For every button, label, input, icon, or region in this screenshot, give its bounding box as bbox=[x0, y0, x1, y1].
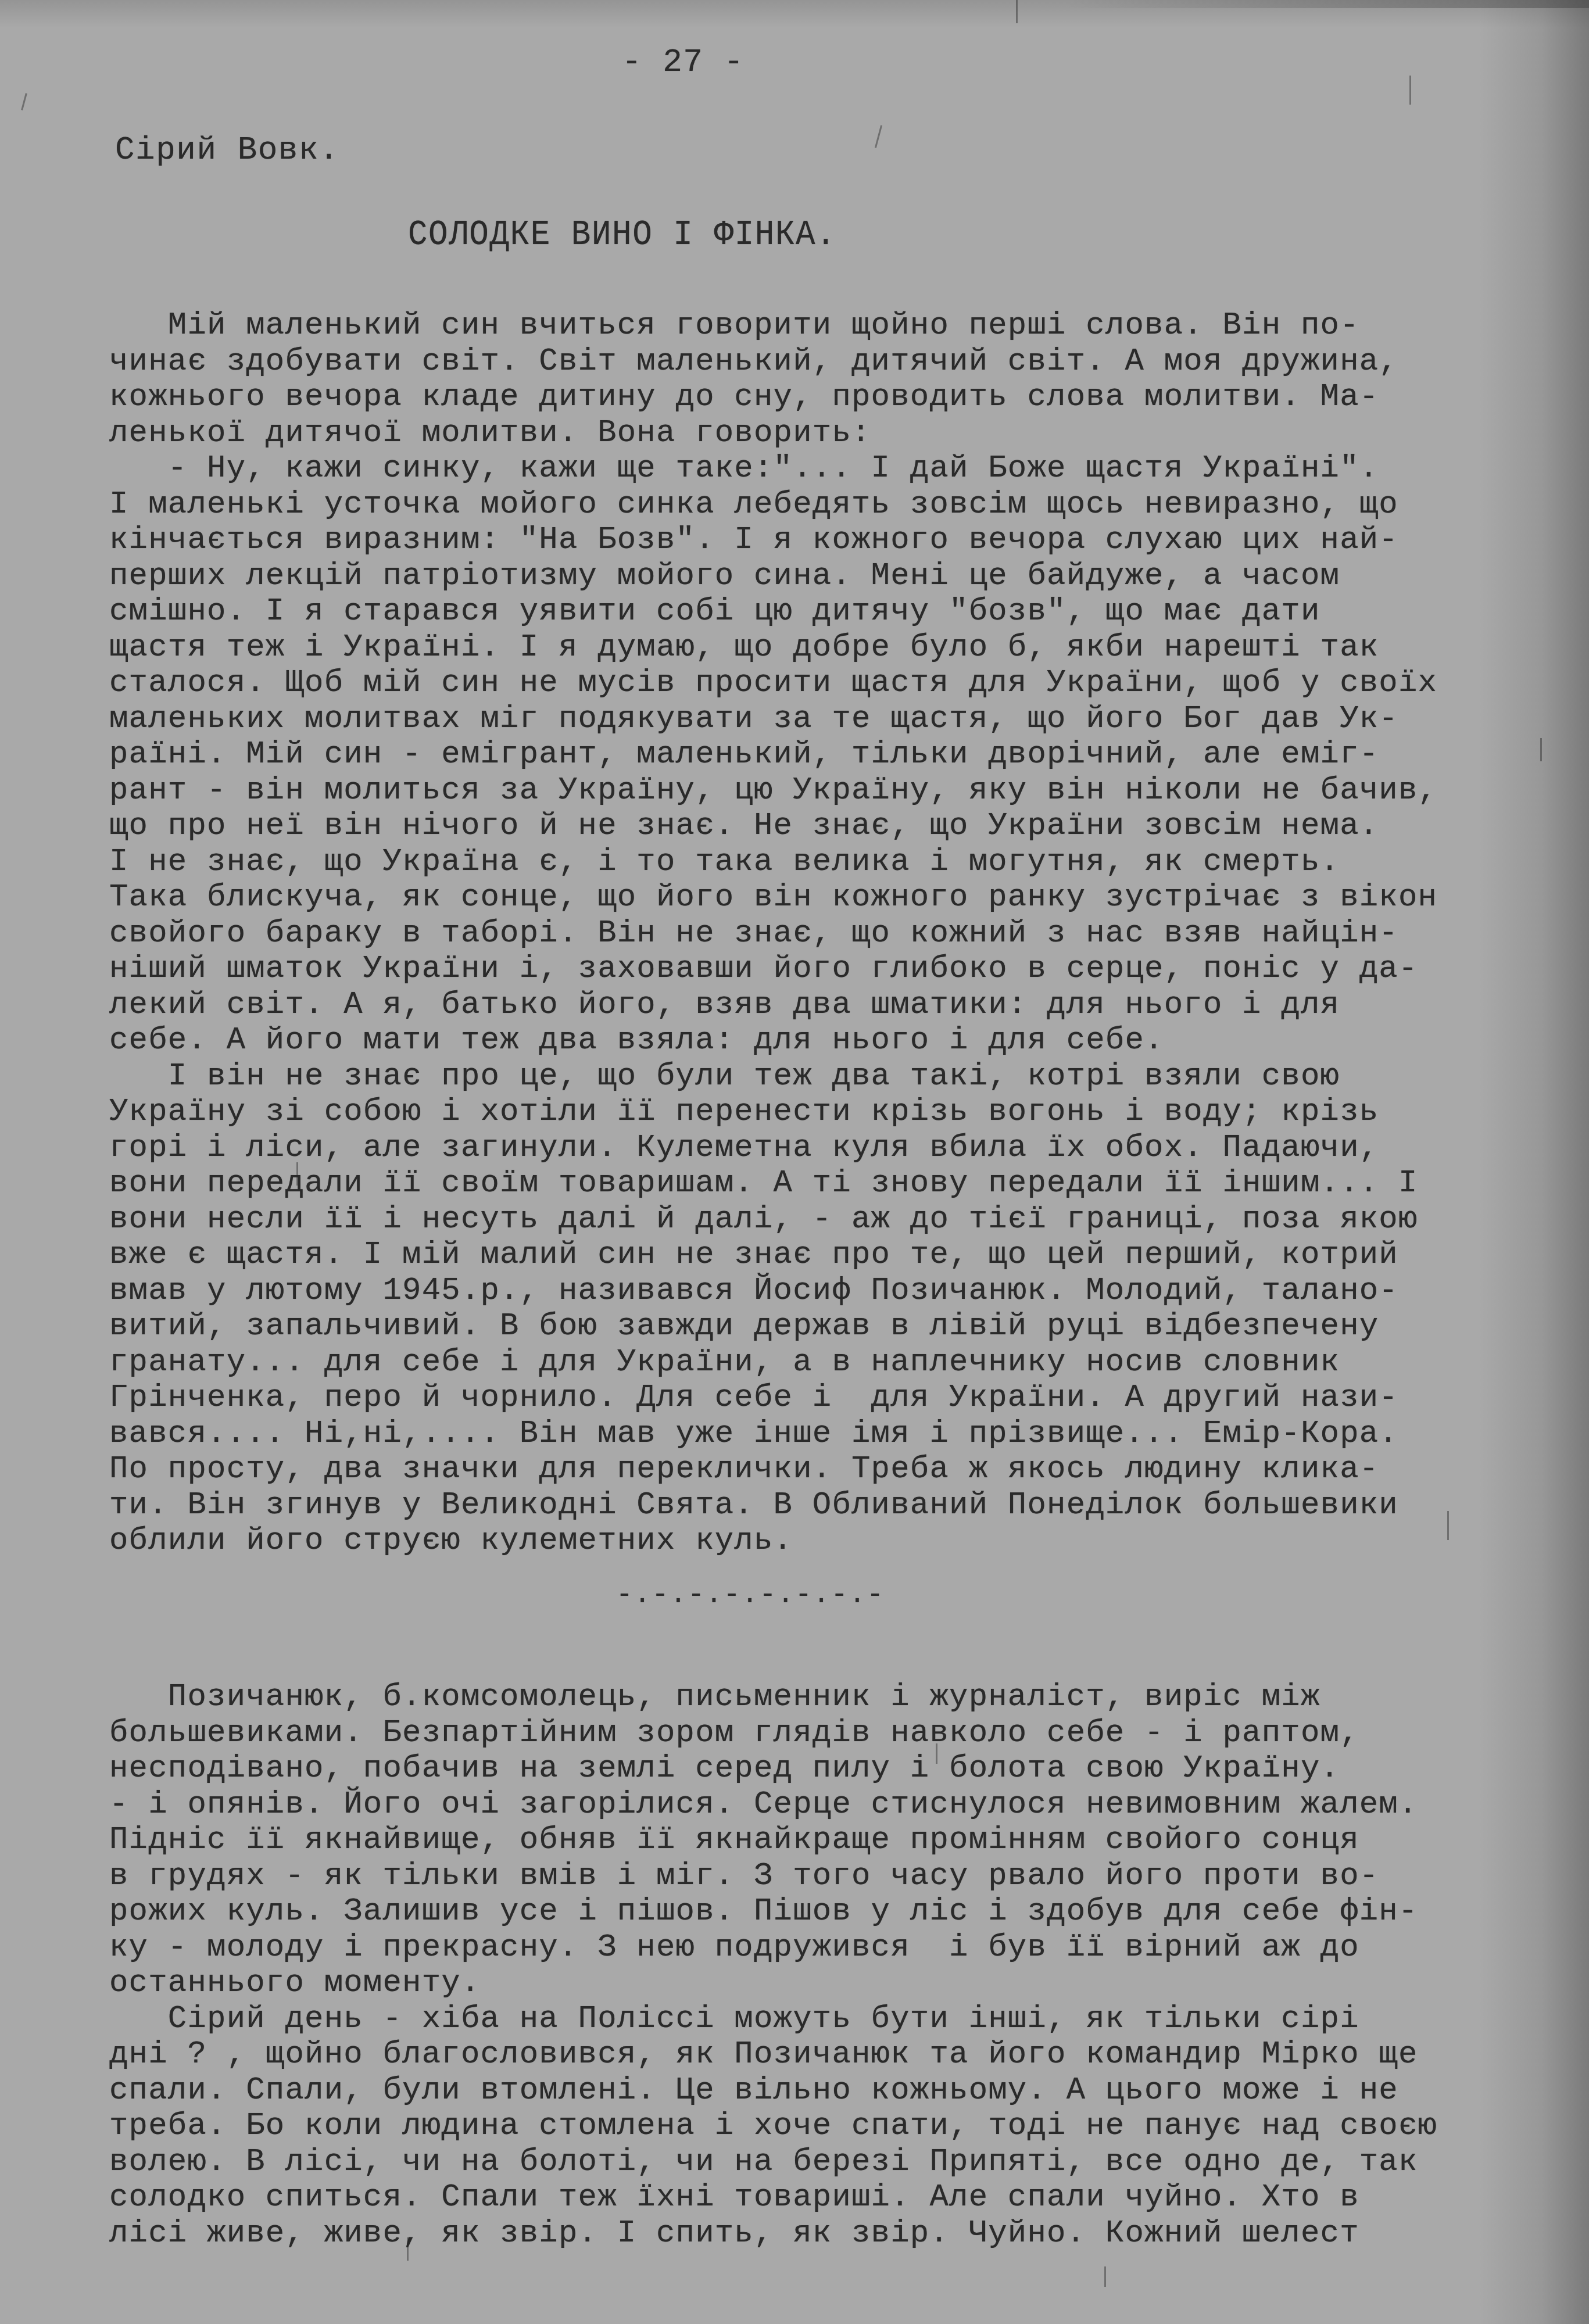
scan-speck bbox=[936, 1743, 937, 1764]
scan-speck bbox=[1409, 76, 1411, 105]
text-line: облили його струєю кулеметних куль. bbox=[109, 1523, 1504, 1559]
text-line: ти. Він згинув у Великодні Свята. В Обли… bbox=[109, 1488, 1504, 1524]
text-line: Мій маленький син вчиться говорити щойно… bbox=[109, 308, 1504, 344]
text-line: в грудях - як тільки вмів і міг. З того … bbox=[109, 1859, 1504, 1895]
text-line: волею. В лісі, чи на болоті, чи на берез… bbox=[109, 2144, 1504, 2180]
text-line: Україну зі собою і хотіли її перенести к… bbox=[109, 1094, 1504, 1130]
scan-speck bbox=[21, 93, 27, 110]
story-section-1: Мій маленький син вчиться говорити щойно… bbox=[109, 308, 1504, 1559]
text-line: вався.... Ні,ні,.... Він мав уже інше ім… bbox=[109, 1416, 1504, 1452]
story-section-2: Позичанюк, б.комсомолець, письменник і ж… bbox=[109, 1680, 1504, 2251]
text-line: чинає здобувати світ. Світ маленький, ди… bbox=[109, 344, 1504, 380]
text-line: Сірий день - хіба на Поліссі можуть бути… bbox=[109, 2001, 1504, 2037]
text-line: гранату... для себе і для України, а в н… bbox=[109, 1345, 1504, 1381]
text-line: ніший шматок України і, заховавши його г… bbox=[109, 951, 1504, 987]
text-line: вмав у лютому 1945.р., називався Йосиф П… bbox=[109, 1273, 1504, 1309]
text-line: треба. Бо коли людина стомлена і хоче сп… bbox=[109, 2108, 1504, 2144]
text-line: раїні. Мій син - емігрант, маленький, ті… bbox=[109, 737, 1504, 773]
text-line: ку - молоду і прекрасну. З нею подруживс… bbox=[109, 1930, 1504, 1966]
text-line: - Ну, кажи синку, кажи ще таке:"... І да… bbox=[109, 451, 1504, 487]
text-line: сталося. Щоб мій син не мусів просити ща… bbox=[109, 665, 1504, 701]
text-line: свойого бараку в таборі. Він не знає, що… bbox=[109, 916, 1504, 952]
text-line: - і опянів. Його очі загорілися. Серце с… bbox=[109, 1787, 1504, 1823]
text-line: І не знає, що Україна є, і то така велик… bbox=[109, 844, 1504, 880]
scan-speck bbox=[1540, 738, 1542, 761]
text-line: маленьких молитвах міг подякувати за те … bbox=[109, 701, 1504, 737]
text-line: несподівано, побачив на землі серед пилу… bbox=[109, 1751, 1504, 1787]
section-separator: -.-.-.-.-.-.-.- bbox=[616, 1580, 885, 1611]
text-line: Грінченка, перо й чорнило. Для себе і дл… bbox=[109, 1380, 1504, 1416]
text-line: рант - він молиться за Україну, цю Украї… bbox=[109, 773, 1504, 809]
text-line: горі і ліси, але загинули. Кулеметна кул… bbox=[109, 1130, 1504, 1166]
scan-speck bbox=[1016, 0, 1018, 23]
text-line: вже є щастя. І мій малий син не знає про… bbox=[109, 1237, 1504, 1273]
text-line: Підніс її якнайвище, обняв її якнайкраще… bbox=[109, 1822, 1504, 1859]
text-line: спали. Спали, були втомлені. Це вільно к… bbox=[109, 2073, 1504, 2109]
text-line: солодко спиться. Спали теж їхні товариші… bbox=[109, 2180, 1504, 2216]
text-line: щастя теж і Україні. І я думаю, що добре… bbox=[109, 630, 1504, 666]
text-line: що про неї він нічого й не знає. Не знає… bbox=[109, 808, 1504, 844]
scan-speck bbox=[407, 2237, 409, 2261]
text-line: І маленькі усточка мойого синка лебедять… bbox=[109, 487, 1504, 523]
text-line: кінчається виразним: "На Бозв". І я кожн… bbox=[109, 522, 1504, 558]
page-edge-shadow bbox=[1066, 0, 1589, 8]
scan-speck bbox=[1447, 1511, 1449, 1540]
text-line: смішно. І я старався уявити собі цю дитя… bbox=[109, 594, 1504, 630]
scan-speck bbox=[1104, 2266, 1106, 2287]
scan-speck bbox=[875, 125, 882, 148]
text-line: По просту, два значки для переклички. Тр… bbox=[109, 1452, 1504, 1488]
text-line: перших лекцій патріотизму мойого сина. М… bbox=[109, 558, 1504, 595]
text-line: витий, запальчивий. В бою завжди держав … bbox=[109, 1309, 1504, 1345]
text-line: Позичанюк, б.комсомолець, письменник і ж… bbox=[109, 1680, 1504, 1716]
scanned-page: - 27 - Сірий Вовк. СОЛОДКЕ ВИНО І ФІНКА.… bbox=[0, 0, 1589, 2324]
author-name: Сірий Вовк. bbox=[115, 131, 339, 169]
text-line: рожих куль. Залишив усе і пішов. Пішов у… bbox=[109, 1894, 1504, 1930]
text-line: лісі живе, живе, як звір. І спить, як зв… bbox=[109, 2216, 1504, 2252]
text-line: ленької дитячої молитви. Вона говорить: bbox=[109, 416, 1504, 452]
text-line: дні ? , щойно благословився, як Позичаню… bbox=[109, 2037, 1504, 2073]
scan-speck bbox=[296, 1162, 298, 1186]
text-line: лекий світ. А я, батько його, взяв два ш… bbox=[109, 987, 1504, 1023]
text-line: І він не знає про це, що були теж два та… bbox=[109, 1059, 1504, 1095]
page-number: - 27 - bbox=[622, 44, 745, 81]
text-line: большевиками. Безпартійним зором глядів … bbox=[109, 1716, 1504, 1752]
text-line: вони несли її і несуть далі й далі, - аж… bbox=[109, 1202, 1504, 1238]
text-line: останнього моменту. bbox=[109, 1965, 1504, 2001]
story-title: СОЛОДКЕ ВИНО І ФІНКА. bbox=[408, 214, 836, 255]
text-line: себе. А його мати теж два взяла: для ньо… bbox=[109, 1023, 1504, 1059]
text-line: вони передали її своїм товаришам. А ті з… bbox=[109, 1166, 1504, 1202]
text-line: кожнього вечора кладе дитину до сну, про… bbox=[109, 379, 1504, 416]
text-line: Така блискуча, як сонце, що його він кож… bbox=[109, 880, 1504, 916]
